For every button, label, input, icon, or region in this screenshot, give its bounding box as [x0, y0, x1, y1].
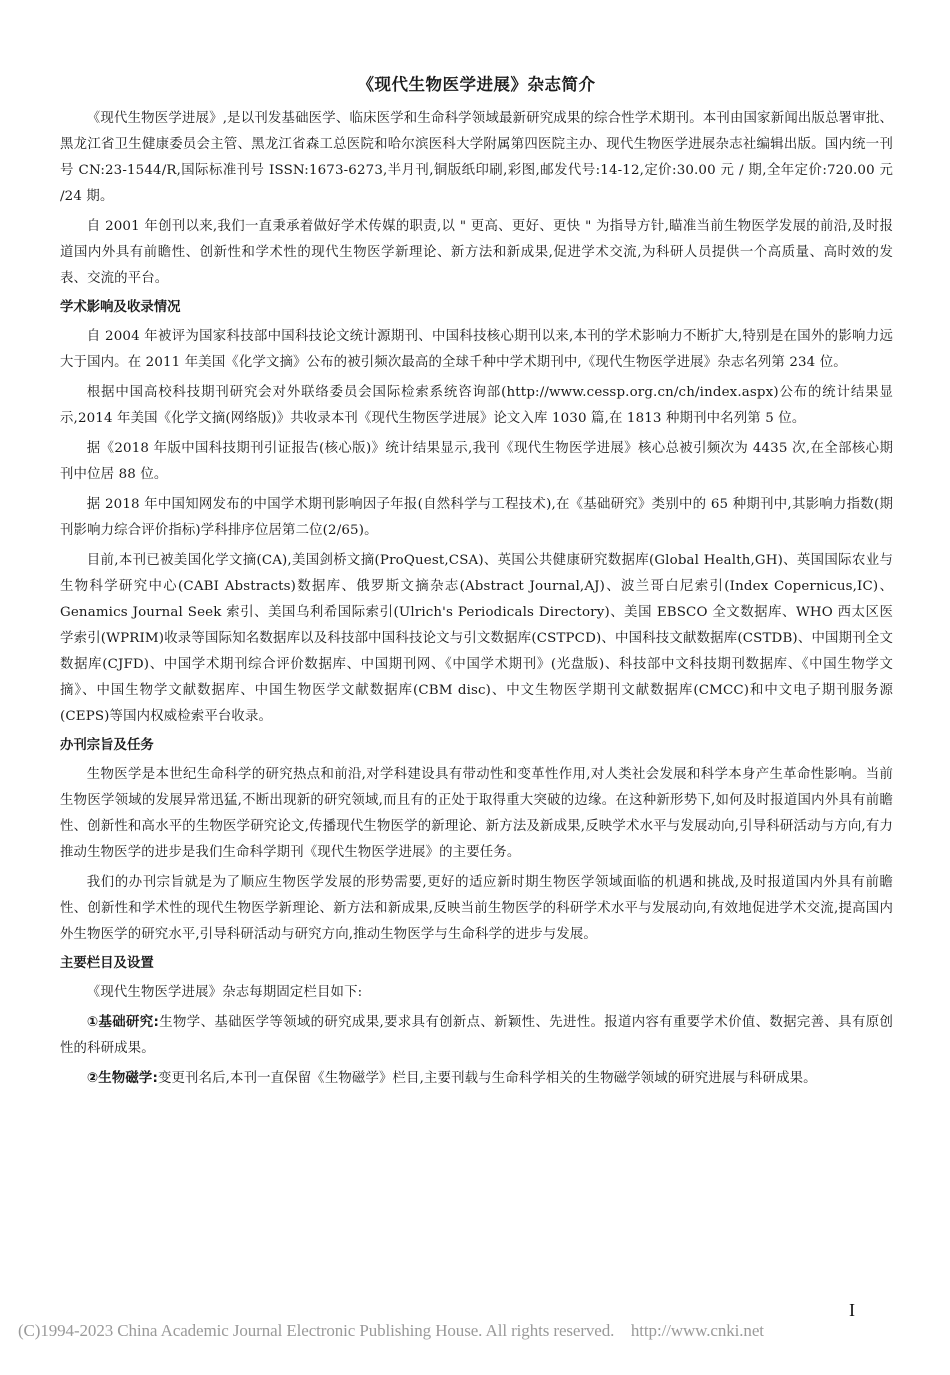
impact-paragraph-4: 据 2018 年中国知网发布的中国学术期刊影响因子年报(自然科学与工程技术),在… [60, 492, 893, 544]
impact-paragraph-2: 根据中国高校科技期刊研究会对外联络委员会国际检索系统咨询部(http://www… [60, 380, 893, 432]
document-page: 《现代生物医学进展》杂志简介 《现代生物医学进展》,是以刊发基础医学、临床医学和… [60, 74, 893, 1096]
column-item-biomagnetism: ②生物磁学:变更刊名后,本刊一直保留《生物磁学》栏目,主要刊载与生命科学相关的生… [60, 1066, 893, 1092]
section-heading-academic-impact: 学术影响及收录情况 [60, 296, 893, 320]
intro-paragraph-2: 自 2001 年创刊以来,我们一直秉承着做好学术传媒的职责,以 " 更高、更好、… [60, 214, 893, 292]
mission-paragraph-2: 我们的办刊宗旨就是为了顺应生物医学发展的形势需要,更好的适应新时期生物医学领域面… [60, 870, 893, 948]
page-title: 《现代生物医学进展》杂志简介 [60, 74, 893, 96]
column-text-biomagnetism: 变更刊名后,本刊一直保留《生物磁学》栏目,主要刊载与生命科学相关的生物磁学领域的… [158, 1071, 817, 1086]
impact-paragraph-1: 自 2004 年被评为国家科技部中国科技论文统计源期刊、中国科技核心期刊以来,本… [60, 324, 893, 376]
section-heading-columns: 主要栏目及设置 [60, 952, 893, 976]
column-label-basic-research: ①基础研究: [87, 1015, 159, 1030]
impact-paragraph-3: 据《2018 年版中国科技期刊引证报告(核心版)》统计结果显示,我刊《现代生物医… [60, 436, 893, 488]
column-text-basic-research: 生物学、基础医学等领域的研究成果,要求具有创新点、新颖性、先进性。报道内容有重要… [60, 1015, 893, 1056]
copyright-footer: (C)1994-2023 China Academic Journal Elec… [18, 1321, 764, 1341]
column-item-basic-research: ①基础研究:生物学、基础医学等领域的研究成果,要求具有创新点、新颖性、先进性。报… [60, 1010, 893, 1062]
column-label-biomagnetism: ②生物磁学: [87, 1071, 158, 1086]
section-heading-mission: 办刊宗旨及任务 [60, 734, 893, 758]
mission-paragraph-1: 生物医学是本世纪生命科学的研究热点和前沿,对学科建设具有带动性和变革性作用,对人… [60, 762, 893, 866]
intro-paragraph-1: 《现代生物医学进展》,是以刊发基础医学、临床医学和生命科学领域最新研究成果的综合… [60, 106, 893, 210]
page-number: I [849, 1300, 855, 1321]
columns-intro: 《现代生物医学进展》杂志每期固定栏目如下: [60, 980, 893, 1006]
impact-paragraph-5: 目前,本刊已被美国化学文摘(CA),美国剑桥文摘(ProQuest,CSA)、英… [60, 548, 893, 730]
